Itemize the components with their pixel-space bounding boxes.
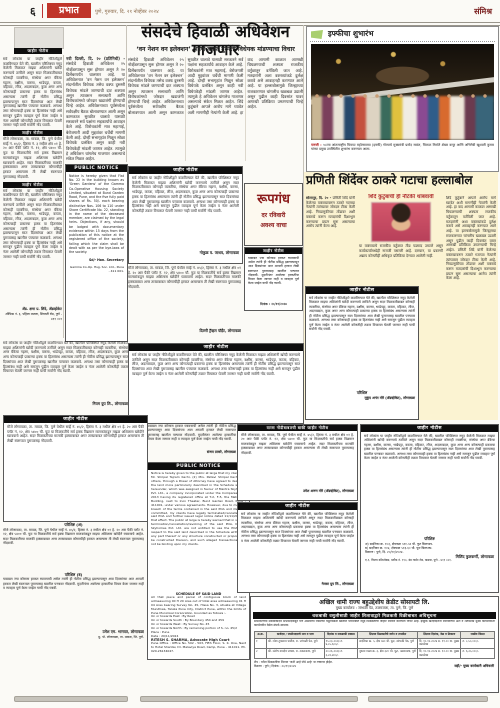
- table-row: २ श्री. संतोष नामदेव जाधव, रा. तळमजला, प…: [255, 648, 495, 658]
- story-text: या वक्तव्याचे राजकीय वर्तुळात तीव्र पडसा…: [359, 244, 443, 258]
- masthead-date-line: पुणे, गुरुवार, दि. २१ नोव्हेंबर २०२४: [95, 9, 159, 15]
- photo-caption: पणजी : ५५व्या आंतरराष्ट्रीय चित्रपट महोत…: [311, 143, 494, 167]
- notice-header: जाहीर नोटीस: [3, 130, 62, 136]
- newspaper-logo: प्रभात: [47, 3, 91, 18]
- auction-signature: सही/- मुख्य कार्यकारी अधिकारी: [396, 664, 498, 669]
- portrait-photo: [371, 202, 431, 242]
- story-center-column: शिंदे कुटुंबाची ही नौटंकी थांबवावी या वक…: [359, 194, 443, 286]
- footer-bar: [140, 696, 358, 702]
- notice-text: मौजे लोणावळा, ता. मावळ, जि. पुणे येथील स…: [3, 528, 144, 572]
- photo: [311, 44, 494, 140]
- story-text: शिंदे कुटुंबाने आपले आरोप मागे घ्यावेत अ…: [446, 196, 496, 252]
- notice-column: सर्व लोकांस या जाहीर नोटिशीद्वारे कळविण्…: [3, 57, 62, 305]
- article-lead-column: नवी दिल्ली, दि. २० (प्रतिनिधी) - संसदेचे…: [66, 56, 125, 161]
- story-column: शिंदे कुटुंबाने आपले आरोप मागे घ्यावेत अ…: [446, 196, 496, 416]
- notice-text: मौजे लोणावळा, ता. मावळ, जि. पुणे येथील स…: [238, 431, 357, 489]
- table-cell: दि. १०.१२.२०२४ स. १२.०० वा. मुख्य कार्या…: [418, 648, 461, 658]
- notice-header: जाहीर नोटीस: [4, 416, 147, 423]
- notice-text: मौजे लोणावळा, ता. मावळ, जि. पुणे येथील स…: [128, 266, 241, 328]
- signature: मुकुंद अनंत मोरे (ॲडव्होकेट), लोणावळा: [306, 396, 418, 401]
- table-cell: श्री. संतोष नामदेव जाधव, रा. तळमजला, पुण…: [267, 648, 325, 658]
- notice-text: सर्व लोकांस या जाहीर नोटिशीद्वारे कळविण्…: [129, 351, 303, 421]
- table-cell: सदनिका क्र. ५, क्षेत्र ५४० चौ. फूट, जांभ…: [358, 638, 418, 648]
- article-body-columns: संसदेचे हिवाळी अधिवेशन २५ नोव्हेंबरपासून…: [128, 57, 303, 161]
- signature-address: मु. पो. लोणावळा, ता. मावळ, जि. पुणे.: [3, 635, 144, 639]
- auction-notice-box: अखिल धामी राज्य बहुउद्देशीय क्रेडीट सोसा…: [250, 596, 499, 693]
- notice-text: याबाबत ज्या कोणास हरकत घ्यावयाची असेल त्…: [147, 424, 236, 450]
- photo-kicker: इफ्फीचा शुभारंभ: [328, 29, 374, 39]
- signature: गोकुळ व. जाधव, लोणावळा: [129, 250, 242, 255]
- notice-header: जाहीर नोटीस: [129, 344, 303, 351]
- notice-text: मौजे लोणावळा, ता. मावळ, जि. पुणे येथील स…: [4, 423, 147, 521]
- table-header: लिलाव मिळकतीचे वर्णन व तपशील: [358, 632, 418, 639]
- column-rule: [63, 55, 64, 338]
- article-text: संसदेचे हिवाळी अधिवेशन २५ नोव्हेंबरपासून…: [66, 61, 125, 161]
- promo-line: अवश्य वाचा: [245, 221, 302, 229]
- table-cell: २: [255, 648, 267, 658]
- notice-box: जाहीर नोटीस सर्व लोकांस या जाहीर नोटिशीद…: [128, 343, 304, 424]
- notice-block: याबाबत ज्या कोणास हरकत घ्यावयाची असेल त्…: [147, 424, 236, 460]
- notice-text: सर्व लोकांस या जाहीर नोटिशीद्वारे कळविण्…: [306, 294, 418, 390]
- notice-header: जाहीर नोटीस: [361, 425, 498, 432]
- notice-text: सर्व लोकांस या जाहीर नोटिशीद्वारे कळविण्…: [3, 189, 62, 260]
- main-subhead: ‘वन नेशन वन इलेक्शन’ आणि वक्फ दुरुस्ती व…: [127, 44, 304, 53]
- masthead: ६ प्रभात पुणे, गुरुवार, दि. २१ नोव्हेंबर…: [0, 0, 500, 22]
- signature: उमेश अरुण मोरे (ॲडव्होकेट), लोणावळा: [238, 489, 357, 494]
- notice-text: सर्व लोकांस या जाहीर नोटिशीद्वारे कळविण्…: [3, 341, 128, 401]
- public-notice-header: PUBLIC NOTICE: [148, 463, 249, 470]
- caption-text: ५५व्या आंतरराष्ट्रीय चित्रपट महोत्सवाचा …: [311, 143, 494, 151]
- auction-table-header-row: अ.क्र. कर्जदार / जामीनदाराचे नाव व पत्ता…: [255, 632, 495, 639]
- footer-bar: [14, 696, 128, 702]
- signature: नियम ग्रुप लि., लोणावळा: [3, 401, 128, 406]
- table-cell: रु. ६,२५,०००/-: [461, 648, 495, 658]
- rupgandh-promo: रूपगंध दर रविवारी अवश्य वाचा: [244, 183, 303, 246]
- notice-box: जाहीर नोटीस सर्व लोकांस या जाहीर नोटिशीद…: [305, 286, 419, 420]
- newspaper-page: ६ प्रभात पुणे, गुरुवार, दि. २१ नोव्हेंबर…: [0, 0, 500, 708]
- notice-header: जाहीर नोटीस: [238, 503, 357, 510]
- ad-placeholder: [14, 27, 64, 49]
- notice-date: दिनांक : २०/११/२०२४: [245, 302, 302, 306]
- table-cell: दि. १०.१२.२०२४ स. ११.०० वा. मुख्य कार्या…: [418, 638, 461, 648]
- notice-box: जाहीर नोटीस सर्व लोकांस या जाहीर नोटिशीद…: [237, 502, 358, 593]
- notice-block: सर्व लोकांस या जाहीर नोटिशीद्वारे कळविण्…: [3, 341, 128, 413]
- notice-text: सर्व लोकांस या जाहीर नोटिशीद्वारे कळविण्…: [129, 174, 242, 250]
- public-notice-box: PUBLIC NOTICE Notice is hereby given to …: [147, 462, 250, 660]
- table-header: दिनांक व थकबाकी रक्कम: [324, 632, 358, 639]
- notice-box: जाहीर नोटीस मौजे लोणावळा, ता. मावळ, जि. …: [3, 415, 148, 522]
- story-dateline: सोलापूर, दि. २० -: [306, 196, 331, 200]
- signature: नेमका ग्रुप लि., लोणावळा: [238, 582, 357, 587]
- ribbon-icon: [311, 30, 323, 39]
- footer-bar: [368, 696, 488, 702]
- notice-signature-block: ॲड. क्षमा प्र. शिंदे, ॲडव्होकेट ऑफिस नं.…: [3, 307, 62, 321]
- auction-intro: सोसायटीच्या थकबाकीदार सभासदांकडून येणे अ…: [251, 620, 498, 630]
- signature-address: ए-१, विजय कॉम्प्लेक्स, ब्लॉक नं. ११०, बं…: [361, 559, 498, 563]
- photo-story-box: इफ्फीचा शुभारंभ पणजी : ५५व्या आंतरराष्ट्…: [306, 26, 499, 172]
- notice-box: जाहीर नोटीस सर्व लोकांस या जाहीर नोटिशीद…: [360, 424, 499, 593]
- signature: संजय ठाकरे, लोणावळा: [147, 450, 236, 455]
- notice-text: सर्व लोकांस या जाहीर नोटिशीद्वारे कळविण्…: [3, 57, 62, 128]
- notice-header: जाहीर नोटीस: [14, 48, 62, 54]
- story-praniti: प्रणिती शिंदेंवर ठाकरे गटाचा हल्लाबोल सो…: [304, 172, 498, 420]
- auction-table: अ.क्र. कर्जदार / जामीनदाराचे नाव व पत्ता…: [254, 631, 495, 659]
- page-number: ६: [30, 4, 36, 19]
- masthead-divider: [42, 4, 43, 18]
- promo-title: रूपगंध: [245, 189, 302, 207]
- table-cell: १५.०३.२०२३ रु. ४,८५,६००/-: [324, 638, 358, 648]
- public-notice-header: PUBLIC NOTICE: [66, 165, 127, 172]
- table-header: अ.क्र.: [255, 632, 267, 639]
- story-text: प्रणिती शिंदे यांनी केलेल्या वक्तव्यावरू…: [306, 196, 355, 228]
- story-subhead: शिंदे कुटुंबाची ही नौटंकी थांबवावी: [359, 194, 443, 200]
- kicker-row: इफ्फीचा शुभारंभ: [310, 28, 495, 42]
- notice-box: जाहीर नोटीस सर्व लोकांस या जाहीर नोटिशीद…: [128, 166, 243, 264]
- notice-block: मौजे लोणावळा, ता. मावळ, जि. पुणे येथील स…: [128, 266, 241, 340]
- notice-text: याबाबत ज्या कोणास हरकत घ्यावयाची असेल त्…: [3, 577, 144, 629]
- signature: Sd/- Hon. Secretary: [66, 256, 127, 264]
- signature-org: Gamma Co-Op. Hsg. Soc. Ltd., Pune - 411 …: [66, 265, 127, 273]
- notice-block: परिशिष्ट (अ) मौजे लोणावळा, ता. मावळ, जि.…: [3, 522, 144, 662]
- photo-crowd-heads: [311, 92, 494, 100]
- public-notice-text: Notice is hereby given to the public at …: [148, 470, 249, 592]
- auction-subtitle: मुख्य कार्यालय : जांभळी पेठ, तळमजला, ता.…: [251, 606, 498, 611]
- table-cell: १: [255, 638, 267, 648]
- notice-text: सर्व लोकांस या जाहीर नोटिशीद्वारे कळविण्…: [361, 432, 498, 536]
- table-cell: दुकान गाळा क्र. ३, क्षेत्र ३२० चौ. फूट, …: [358, 648, 418, 658]
- auction-place-date: ठिकाण : पुणे | दिनांक : २०/११/२०२४: [251, 664, 393, 668]
- table-header: लिलाव दिनांक, वेळ व ठिकाण: [418, 632, 461, 639]
- notice-header: जाहीर नोटीस: [3, 182, 62, 188]
- table-header: राखीव किंमत: [461, 632, 495, 639]
- table-cell: श्री. रमेश तुकाराम पाटील, रा. जांभळी पेठ…: [267, 638, 325, 648]
- notice-box: जाहीर नोटीस याबाबत ज्या कोणास हरकत घ्याव…: [244, 247, 303, 311]
- section-label: संमिश्र: [474, 6, 492, 17]
- notice-box: वारस नोंदीबाबतची बाकी जाहीर नोटीस मौजे ल…: [237, 424, 358, 501]
- signature-address: Pune Office : Office No. 502 - 503, Fift…: [148, 642, 249, 654]
- table-cell: २०.०६.२०२३ रु. ३,२२,४००/-: [324, 648, 358, 658]
- notice-text: मौजे लोणावळा, ता. मावळ, जि. पुणे येथील स…: [3, 137, 62, 180]
- table-row: १ श्री. रमेश तुकाराम पाटील, रा. जांभळी प…: [255, 638, 495, 648]
- story-text: प्रणिती शिंदे यांनी केलेल्या वक्तव्यावरू…: [446, 248, 496, 280]
- notice-text: सर्व लोकांस या जाहीर नोटिशीद्वारे कळविण्…: [238, 510, 357, 582]
- notice-header: जाहीर नोटीस: [129, 167, 242, 174]
- signature-address: ऑफिस नं. ३, पहिला मजला, शिवाजी रोड, पुणे…: [3, 312, 62, 321]
- notice-text: याबाबत ज्या कोणास हरकत घ्यावयाची असेल त्…: [245, 254, 302, 302]
- story-column: सोलापूर, दि. २० - प्रणिती शिंदे यांनी के…: [306, 196, 355, 286]
- table-cell: रु. ८,५०,०००/-: [461, 638, 495, 648]
- auction-title: अखिल धामी राज्य बहुउद्देशीय क्रेडीट सोसा…: [251, 598, 498, 606]
- table-header: कर्जदार / जामीनदाराचे नाव व पत्ता: [267, 632, 325, 639]
- auction-bar: थकबाकी वसुलीसाठी जाहीर लिलावाद्वारे मिळक…: [253, 612, 496, 619]
- public-notice-box: PUBLIC NOTICE Notice is hereby given tha…: [65, 164, 128, 342]
- signature: दिल्ली ट्रॅव्हल पॉईंट, लोणावळा: [128, 328, 241, 333]
- story-headline: प्रणिती शिंदेंवर ठाकरे गटाचा हल्लाबोल: [304, 172, 498, 187]
- notice-header: जाहीर नोटीस: [306, 287, 418, 294]
- photo-crowd: [311, 96, 494, 140]
- schedule-text: All that piece and parcel of contiguous …: [148, 596, 249, 614]
- public-notice-text: Notice is hereby given that Flat No. 22 …: [66, 172, 127, 256]
- promo-line: दर रविवारी: [245, 211, 302, 219]
- article-dateline: नवी दिल्ली, दि. २० (प्रतिनिधी) -: [66, 56, 125, 61]
